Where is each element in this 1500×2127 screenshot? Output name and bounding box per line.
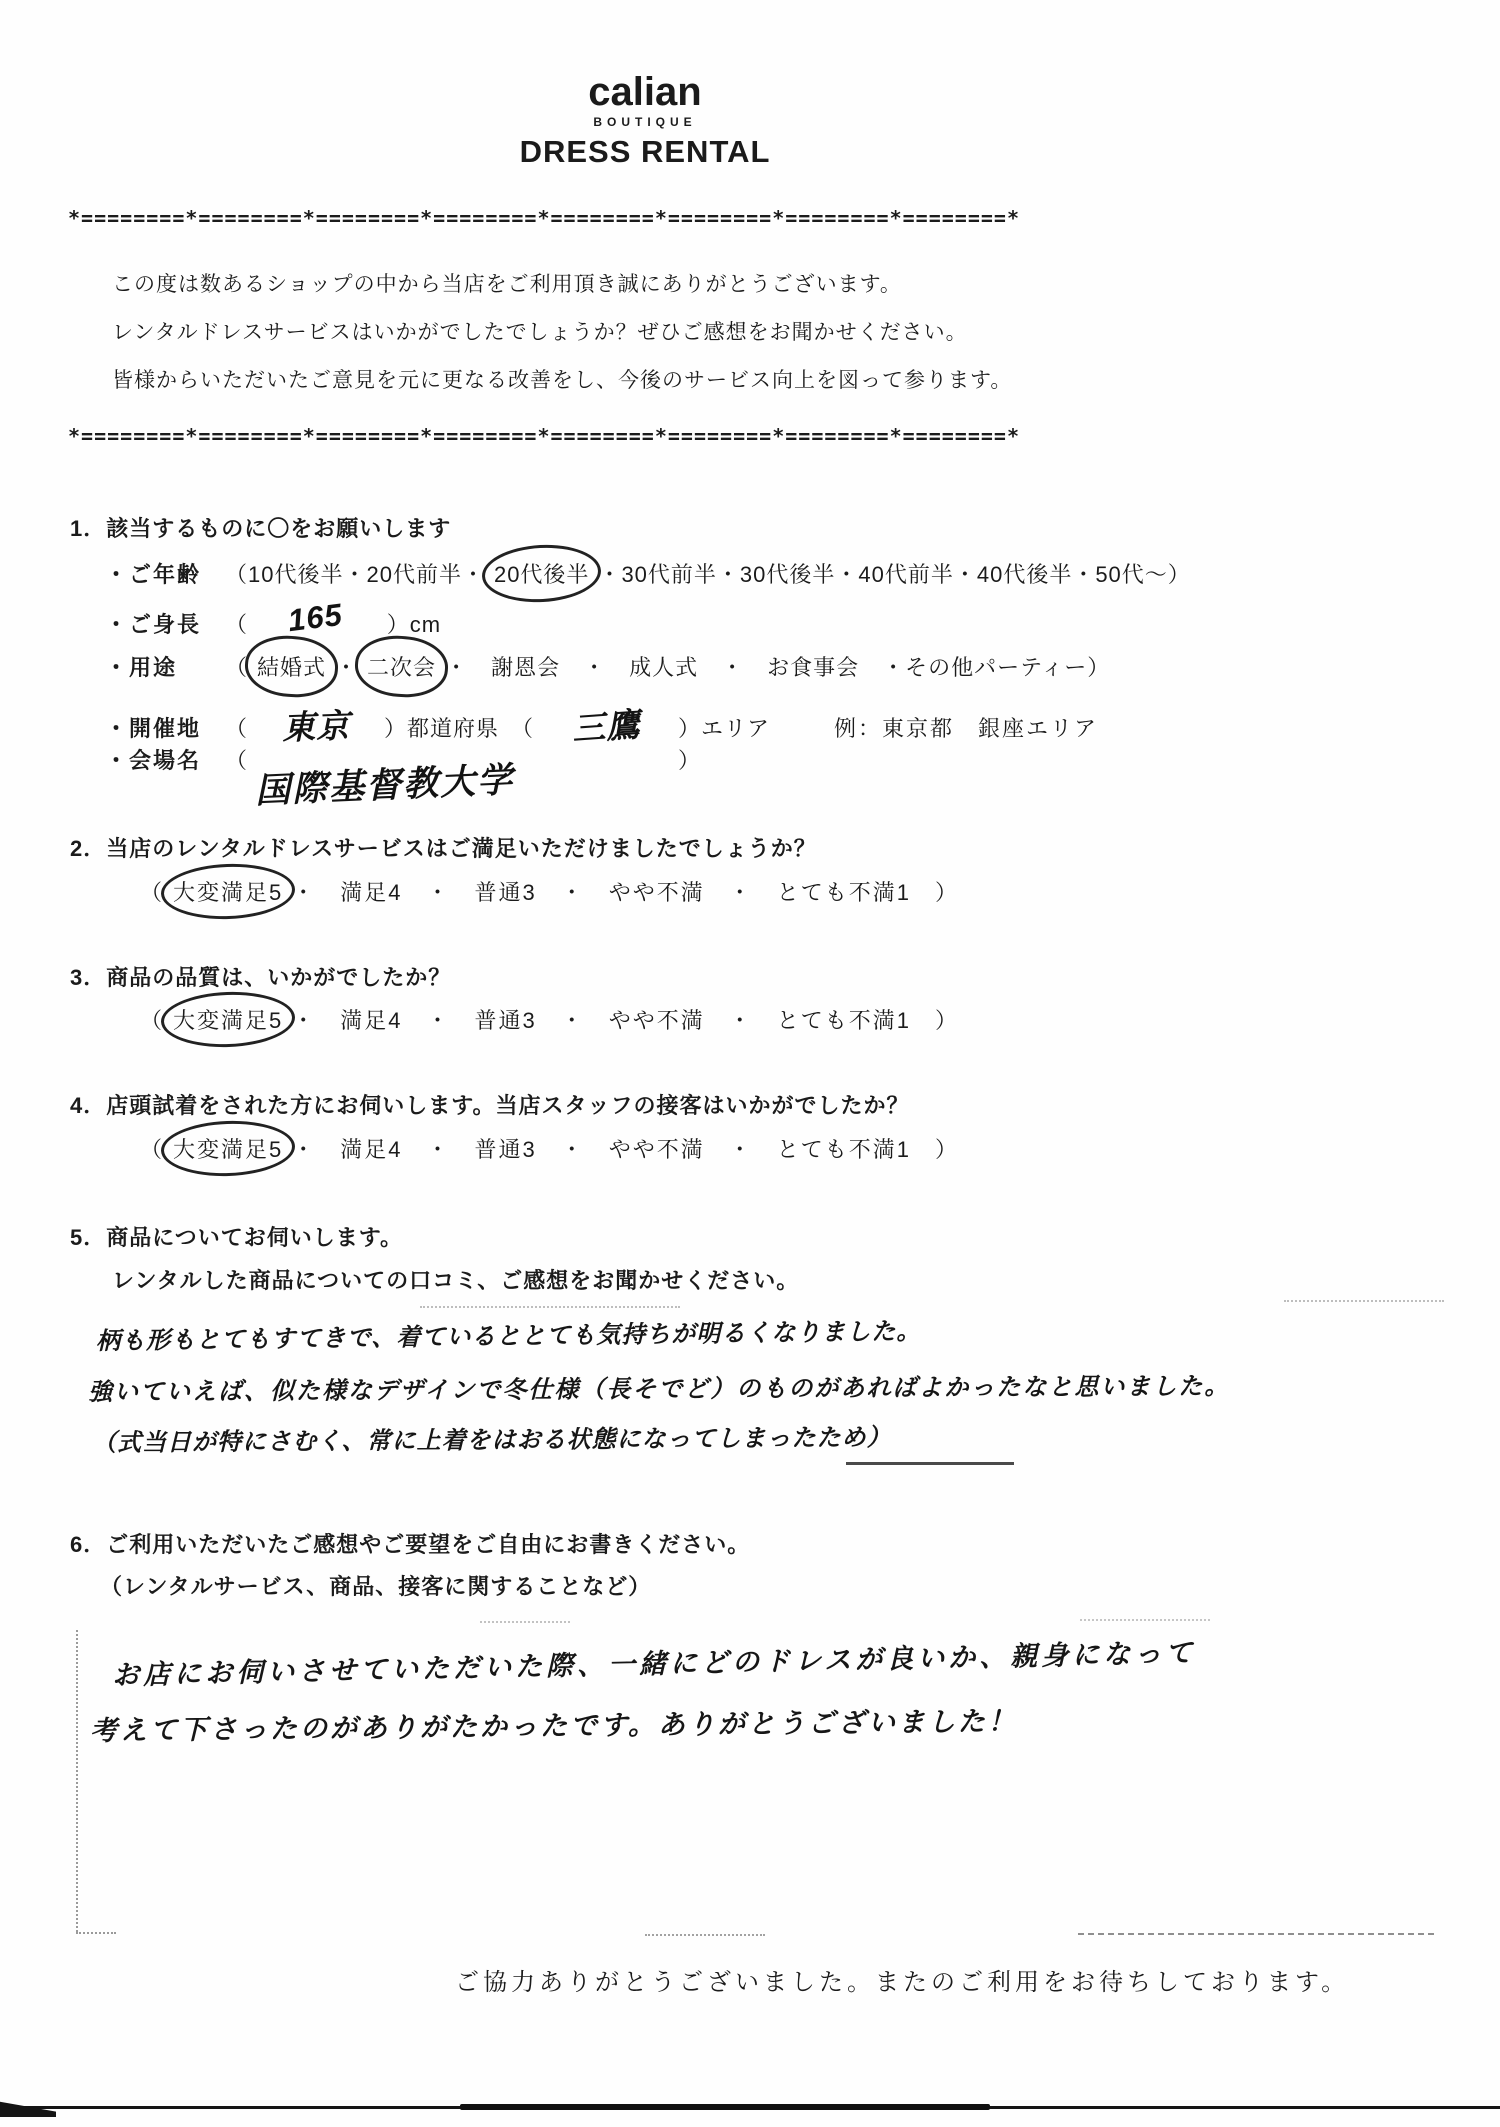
age-selected-circle: 20代後半	[489, 558, 594, 589]
purpose-options-rest: ・ 謝恩会 ・ 成人式 ・ お食事会 ・その他パーティー）	[445, 655, 1110, 680]
place-open-paren: （	[225, 716, 248, 741]
q3-options-rest: ・ 満足4 ・ 普通3 ・ やや不満 ・ とても不満1 ）	[292, 1008, 959, 1033]
q6-subtitle: （レンタルサービス、商品、接客に関することなど）	[100, 1570, 651, 1601]
answer-box-bottom-border	[76, 1932, 116, 1934]
q3-selected-option: 大変満足5	[173, 1008, 283, 1033]
q2-selected-circle: 大変満足5	[168, 876, 288, 907]
q6-handwritten-line-1: お店にお伺いさせていただいた際、一緒にどのドレスが良いか、親身になって	[112, 1631, 1197, 1693]
purpose-selected-option-2: 二次会	[367, 655, 436, 680]
answer-box-bottom-border	[645, 1934, 765, 1936]
q5-title: 5．商品についてお伺いします。	[70, 1221, 403, 1252]
q2-selected-option: 大変満足5	[173, 880, 283, 905]
age-selected-option: 20代後半	[494, 562, 589, 587]
q2-options-rest: ・ 満足4 ・ 普通3 ・ やや不満 ・ とても不満1 ）	[292, 880, 959, 905]
age-options-post: ・30代前半・30代後半・40代前半・40代後半・50代～）	[598, 562, 1190, 587]
height-open-paren: （	[225, 612, 248, 637]
q1-purpose-row: ・用途（結婚式・二次会・ 謝恩会 ・ 成人式 ・ お食事会 ・その他パーティー）	[105, 651, 1110, 682]
q5-subtitle: レンタルした商品についての口コミ、ご感想をお聞かせください。	[112, 1264, 799, 1295]
intro-line-2: レンタルドレスサービスはいかがでしたでしょうか？ぜひご感想をお聞かせください。	[112, 316, 968, 346]
q4-rating-row: （大変満足5・ 満足4 ・ 普通3 ・ やや不満 ・ とても不満1 ）	[140, 1133, 959, 1164]
q2-title: 2．当店のレンタルドレスサービスはご満足いただけましたでしょうか？	[70, 832, 817, 863]
age-options-pre: （10代後半・20代前半・	[225, 562, 485, 587]
purpose-selected-circle-2: 二次会	[362, 651, 441, 682]
q4-title: 4．店頭試着をされた方にお伺いします。当店スタッフの接客はいかがでしたか？	[70, 1089, 909, 1120]
q4-selected-circle: 大変満足5	[168, 1133, 288, 1164]
header: calian BOUTIQUE DRESS RENTAL	[70, 72, 1220, 170]
q4-selected-option: 大変満足5	[173, 1137, 283, 1162]
place-mid-text: ）都道府県 （	[384, 716, 534, 741]
answer-box-top-border	[1080, 1619, 1210, 1621]
q5-handwritten-line-2: 強いていえば、似た様なデザインで冬仕様（長そでど）のものがあればよかったなと思い…	[88, 1366, 1230, 1407]
q1-venue-row: ・会場名（） 国際基督教大学	[105, 744, 701, 775]
brand-sub-label: BOUTIQUE	[70, 115, 1220, 129]
footer-thanks-text: ご協力ありがとうございました。またのご利用をお待ちしております。	[455, 1962, 1349, 1997]
intro-line-3: 皆様からいただいたご意見を元に更なる改善をし、今後のサービス向上を図って参ります…	[112, 364, 1012, 394]
height-handwritten-value: 165	[286, 597, 345, 639]
age-label: ・ご年齢	[105, 558, 225, 589]
brand-logo: calian	[70, 72, 1220, 112]
q3-rating-row: （大変満足5・ 満足4 ・ 普通3 ・ やや不満 ・ とても不満1 ）	[140, 1004, 959, 1035]
answer-box-left-border	[76, 1630, 78, 1932]
place-example-text: 例：東京都 銀座エリア	[834, 716, 1098, 741]
purpose-label: ・用途	[105, 651, 225, 682]
q6-handwritten-line-2: 考えて下さったのがありがたかったです。ありがとうございました！	[90, 1699, 1018, 1748]
q6-title: 6．ご利用いただいたご感想やご要望をご自由にお書きください。	[70, 1528, 750, 1559]
page-title: DRESS RENTAL	[70, 134, 1220, 170]
scan-artifact-dotted-line	[1284, 1300, 1444, 1302]
divider-line-bottom: *========*========*========*========*===…	[68, 424, 1020, 448]
place-close-text: ）エリア	[678, 716, 770, 741]
venue-close-paren: ）	[678, 748, 701, 773]
scan-artifact-bottom-line	[460, 2104, 990, 2110]
answer-box-top-border	[480, 1621, 570, 1623]
scanned-feedback-form: calian BOUTIQUE DRESS RENTAL *========*=…	[0, 0, 1500, 2127]
q1-age-row: ・ご年齢（10代後半・20代前半・20代後半・30代前半・30代後半・40代前半…	[105, 558, 1191, 589]
q5-handwritten-line-3: （式当日が特にさむく、常に上着をはおる状態になってしまったため）	[92, 1417, 892, 1458]
venue-label: ・会場名	[105, 744, 225, 775]
q1-height-row: ・ご身長（165）cm	[105, 604, 441, 640]
intro-line-1: この度は数あるショップの中から当店をご利用頂き誠にありがとうございます。	[112, 268, 902, 298]
q5-handwritten-line-1: 柄も形もとてもすてきで、着ているととても気持ちが明るくなりました。	[96, 1311, 922, 1356]
q3-selected-circle: 大変満足5	[168, 1004, 288, 1035]
height-close-paren: ）cm	[387, 612, 441, 637]
purpose-selected-circle-1: 結婚式	[252, 651, 331, 682]
q4-options-rest: ・ 満足4 ・ 普通3 ・ やや不満 ・ とても不満1 ）	[292, 1137, 959, 1162]
handwritten-underline	[846, 1462, 1014, 1465]
venue-handwritten-value: 国際基督教大学	[254, 752, 515, 813]
q1-title: 1．該当するものに〇をお願いします	[70, 512, 451, 543]
height-label: ・ご身長	[105, 608, 225, 639]
purpose-selected-option-1: 結婚式	[257, 655, 326, 680]
answer-box-bottom-border	[1078, 1933, 1434, 1935]
prefecture-handwritten-value: 東京	[281, 700, 351, 749]
divider-line-top: *========*========*========*========*===…	[68, 206, 1020, 230]
venue-open-paren: （	[225, 748, 248, 773]
scan-artifact-dotted-line	[420, 1306, 680, 1308]
area-handwritten-value: 三鷹	[570, 699, 641, 751]
q1-place-row: ・開催地（東京）都道府県 （三鷹）エリア例：東京都 銀座エリア	[105, 699, 1098, 746]
q3-title: 3．商品の品質は、いかがでしたか？	[70, 961, 451, 992]
place-label: ・開催地	[105, 712, 225, 743]
q2-rating-row: （大変満足5・ 満足4 ・ 普通3 ・ やや不満 ・ とても不満1 ）	[140, 876, 959, 907]
